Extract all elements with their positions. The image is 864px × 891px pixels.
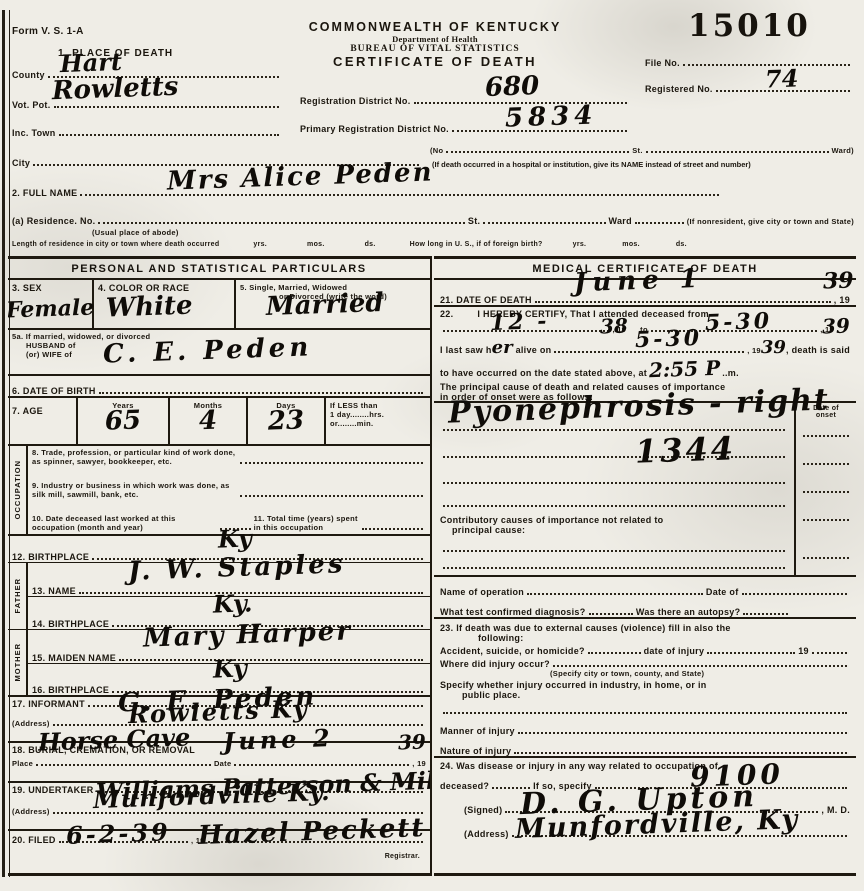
onset-line [800,495,852,523]
residence-st-label: St. [468,216,480,226]
full-name-label: 2. FULL NAME [12,188,77,198]
specify-2: public place. [462,690,850,700]
city-label: City [12,158,30,168]
undertaker-address-label: (Address) [12,807,50,816]
birthplace-label: 12. BIRTHPLACE [12,552,89,562]
date-of-death-row: 21. DATE OF DEATH , 19 June 1 39 [434,280,856,307]
occupation-block: OCCUPATION 8. Trade, profession, or part… [8,446,430,536]
dotted-line [234,764,409,766]
cause-and-contrib-block: Pyonephrosis - right 1344 Contributory c… [434,403,856,577]
undertaker-label: 19. UNDERTAKER [12,785,94,795]
last-saw-2: alive on [516,345,552,355]
precinct-row: Vot. Pot. Rowletts [12,100,282,110]
dotted-line [59,132,279,136]
marital-cell: 5. Single, Married, Widowed or Divorced … [236,280,430,328]
occurred-2: ..m. [722,368,739,378]
last-saw-er: er [492,340,513,356]
personal-title: PERSONAL AND STATISTICAL PARTICULARS [8,259,430,280]
signed-label: (Signed) [464,805,502,815]
occupation-related-block: 24. Was disease or injury in any way rel… [434,758,856,839]
sex-value: Female [8,298,95,321]
dotted-line [443,567,785,569]
form-number: Form V. S. 1-A [12,26,84,37]
dotted-line [443,550,785,552]
less-than-day-cell: If LESS than 1 day........hrs. or.......… [326,398,430,444]
residence-label: (a) Residence. No. [12,216,95,226]
yrs-label: yrs. [253,241,267,248]
file-no-label: File No. [645,58,680,68]
less-label-3: or........min. [330,419,426,428]
sex-race-marital-row: 3. SEX Female 4. COLOR OR RACE White 5. … [8,280,430,330]
precinct-value: Rowletts [52,76,179,104]
occurred-row: to have occurred on the date stated abov… [440,360,850,378]
length-of-residence-row: Length of residence in city or town wher… [12,241,854,248]
registered-no-label: Registered No. [645,84,713,94]
mother-name-value: Mary Harper [143,620,353,651]
date-of-label: Date of [706,587,739,597]
test-label: What test confirmed diagnosis? [440,607,586,617]
mother-name-label: 15. MAIDEN NAME [32,653,116,663]
age-row: 7. AGE Years 65 Months 4 Days 23 If LESS… [8,398,430,446]
nature-of-injury-row: Nature of injury [434,736,856,758]
nonresident-note: (If nonresident, give city or town and S… [687,217,854,226]
burial-date-label: Date [214,759,231,768]
external-causes-block: 23. If death was due to external causes … [434,619,856,736]
industry-row: 9. Industry or business in which work wa… [32,481,426,499]
father-side-label-cell: FATHER [8,563,28,630]
registration-district-label: Registration District No. [300,96,411,106]
dotted-line [240,495,423,497]
last-saw-year: 39 [761,340,786,356]
industry-label: 9. Industry or business in which work wa… [32,481,237,499]
howlong-label: How long in U. S., if of foreign birth? [410,241,543,248]
where-injury-label: Where did injury occur? [440,659,550,669]
ds-label-2: ds. [676,241,687,248]
date-of-injury-label: date of injury [644,646,705,656]
informant-address-value: Rowletts Ky [128,698,309,726]
where-injury-row: Where did injury occur? [440,659,850,669]
contrib-line-1 [440,535,788,554]
dotted-line [527,593,703,595]
father-name-value: J. W. Staples [128,553,346,584]
injury-dotted-line [440,700,850,716]
dotted-line [443,712,847,714]
father-birthplace-label: 14. BIRTHPLACE [32,619,109,629]
dotted-line [443,505,785,507]
registered-no-row: Registered No. 74 [645,84,853,94]
father-birthplace-value: Ky. [213,592,253,615]
dotted-line [803,491,849,493]
age-years-cell: Years 65 [78,398,170,444]
filed-label: 20. FILED [12,835,56,845]
file-no-row: File No. [645,58,853,68]
test-autopsy-row: What test confirmed diagnosis? Was there… [434,597,856,619]
dotted-line [119,659,423,661]
dotted-line [635,220,684,224]
no-st-ward-row: (No St. Ward) [430,146,854,155]
age-months-cell: Months 4 [170,398,248,444]
last-saw-date-value: 5-30 [635,329,703,351]
dotted-line [446,149,629,153]
dotted-line [98,220,465,224]
mos-label: mos. [307,241,325,248]
less-label-2: 1 day........hrs. [330,410,426,419]
dotted-line [514,752,847,754]
mother-side-label: MOTHER [13,643,22,682]
dotted-line [803,435,849,437]
dod-19-label: , 19 [834,295,850,305]
manner-label: Manner of injury [440,726,515,736]
county-value: Hart [60,51,123,75]
mother-birthplace-value: Ky [213,657,247,680]
sex-label: 3. SEX [12,283,88,293]
onset-line [800,467,852,495]
full-name-value: Mrs Alice Peden [167,161,434,194]
header-bureau: BUREAU OF VITAL STATISTICS [280,44,590,54]
burial-date-value: June 2 [223,727,334,752]
occupation-side-label: OCCUPATION [13,460,22,519]
occurred-1: to have occurred on the date stated abov… [440,368,647,378]
precinct-label: Vot. Pot. [12,100,51,110]
yrs-label-2: yrs. [573,241,587,248]
header-certificate-title: CERTIFICATE OF DEATH [280,54,590,69]
dob-row: 6. DATE OF BIRTH [8,376,430,398]
physician-address-row: (Address) Munfordville, Ky [440,829,850,839]
spouse-row: 5a. If married, widowed, or divorced HUS… [8,330,430,376]
attended-from-year: 38 [600,317,628,336]
specify-city-note: (Specify city or town, county, and State… [550,669,850,678]
primary-district-value: 5834 [505,104,598,131]
burial-place-label: Place [12,759,33,768]
operation-row: Name of operation Date of [434,577,856,597]
agency-header: COMMONWEALTH OF KENTUCKY Department of H… [280,20,590,69]
sex-cell: 3. SEX Female [8,280,94,328]
burial-place-date-row: Place Date , 19 Horse Cave June 2 39 [12,759,426,768]
occupation-fields: 8. Trade, profession, or particular kind… [28,446,430,534]
attended-to-year: 39 [822,317,850,336]
date-of-death-label: 21. DATE OF DEATH [440,295,532,305]
registrar-label: Registrar. [385,853,420,860]
informant-label: 17. INFORMANT [12,699,85,709]
filed-date-value: 6-2-39 [66,821,171,846]
dotted-line [803,557,849,559]
dotted-line [646,149,829,153]
attended-to-value: 5-30 [705,312,773,334]
ward-label: Ward) [832,146,854,155]
last-saw-19: , 19 [747,346,761,355]
last-saw-3: , death is said [786,345,850,355]
father-name-label: 13. NAME [32,586,76,596]
medical-column: MEDICAL CERTIFICATE OF DEATH 21. DATE OF… [434,256,856,876]
filed-row: 20. FILED , 19 6-2-39 Hazel Peckett [12,835,426,845]
primary-district-row: Primary Registration District No. 5834 [300,124,630,134]
father-block: FATHER 13. NAME J. W. Staples 14. BIRTHP… [8,563,430,630]
total-time-label: 11. Total time (years) spent in this occ… [254,514,359,532]
autopsy-label: Was there an autopsy? [636,607,741,617]
race-cell: 4. COLOR OR RACE White [94,280,236,328]
certify-no: 22. [440,309,453,319]
race-value: White [106,294,193,320]
spouse-value: C. E. Peden [103,336,313,367]
st-label: St. [632,146,642,155]
onset-line [800,523,852,561]
primary-district-label: Primary Registration District No. [300,124,449,134]
dotted-line [589,613,633,615]
date-of-death-value: June 1 [574,268,705,296]
dotted-line [240,462,423,464]
age-days-value: 23 [252,409,321,435]
cause-line-1: Pyonephrosis - right [440,407,788,433]
county-label: County [12,70,45,80]
length-label: Length of residence in city or town wher… [12,241,219,248]
burial-place-value: Horse Cave [38,726,191,753]
dotted-line [803,519,849,521]
nature-label: Nature of injury [440,746,511,756]
dotted-line [803,463,849,465]
onset-line [800,419,852,439]
filed-block: 20. FILED , 19 6-2-39 Hazel Peckett Regi… [8,831,430,869]
undertaker-address-value: Munfordville Ky. [93,781,331,811]
specify-1: Specify whether injury occurred in indus… [440,680,850,690]
death-certificate-scan: Form V. S. 1-A 15010 COMMONWEALTH OF KEN… [0,0,864,891]
dotted-line [99,392,423,394]
physician-address-label: (Address) [464,829,509,839]
dotted-line [443,482,785,484]
operation-label: Name of operation [440,587,524,597]
accident-row: Accident, suicide, or homicide? date of … [440,646,850,656]
inc-town-row: Inc. Town [12,128,282,138]
accident-label: Accident, suicide, or homicide? [440,646,585,656]
ds-label: ds. [365,241,376,248]
deceased-label: deceased? [440,781,489,791]
birthplace-value: Ky [218,527,252,550]
registered-no-value: 74 [765,67,799,90]
trade-label: 8. Trade, profession, or particular kind… [32,448,237,466]
occupation-side-label-cell: OCCUPATION [8,446,28,534]
last-worked-label: 10. Date deceased last worked at this oc… [32,514,217,532]
dotted-line [553,665,847,667]
onset-line [800,439,852,467]
dotted-line [362,528,423,530]
full-name-row: 2. FULL NAME Mrs Alice Peden [12,188,722,198]
last-saw-row: I last saw h er alive on , 19 39 , death… [440,340,850,356]
certificate-number-stamp: 15010 [688,8,811,44]
cause-line-3: 1344 [440,460,788,486]
cause-main: Pyonephrosis - right 1344 Contributory c… [434,403,794,575]
md-label: , M. D. [821,805,850,815]
mother-birthplace-label: 16. BIRTHPLACE [32,685,109,695]
dotted-line [742,593,847,595]
cause-code-value: 1344 [635,434,737,466]
external-1: 23. If death was due to external causes … [440,623,850,633]
registration-district-value: 680 [485,75,540,100]
registrar-name-value: Hazel Peckett [198,817,426,848]
residence-row: (a) Residence. No. St. Ward (If nonresid… [12,216,854,226]
cause-line-4 [440,486,788,509]
dotted-line [483,220,605,224]
header-department: Department of Health [280,34,590,44]
header-commonwealth: COMMONWEALTH OF KENTUCKY [280,20,590,34]
personal-column: PERSONAL AND STATISTICAL PARTICULARS 3. … [8,256,432,876]
age-cell: 7. AGE [8,398,78,444]
external-2: following: [478,633,850,643]
dotted-line [36,764,211,766]
trade-row: 8. Trade, profession, or particular kind… [32,448,426,466]
marital-value: Married [266,292,384,319]
contrib-2: principal cause: [452,525,788,535]
dotted-line [812,652,847,654]
dod-year-value: 39 [823,271,854,292]
time-value: 2:55 P [649,359,721,379]
burial-year-value: 39 [398,733,426,752]
residence-ward-label: Ward [609,216,632,226]
dotted-line [588,652,641,654]
injury-19-label: 19 [798,646,809,656]
contrib-line-2 [440,554,788,571]
attended-from-value: 12 - [490,312,550,334]
dotted-line [743,613,787,615]
age-label: 7. AGE [12,406,43,416]
manner-of-injury-row: Manner of injury [440,716,850,736]
last-saw-1: I last saw h [440,345,492,355]
dob-label: 6. DATE OF BIRTH [12,386,96,396]
mother-side-label-cell: MOTHER [8,630,28,697]
mos-label-2: mos. [622,241,640,248]
less-label-1: If LESS than [330,401,426,410]
date-of-onset-column: Date of onset [794,403,856,575]
hospital-note: (If death occurred in a hospital or inst… [432,160,856,169]
physician-address-value: Munfordville, Ky [515,808,800,842]
dotted-line [518,732,847,734]
age-years-value: 65 [82,409,165,435]
dotted-line [535,301,831,303]
dotted-line [707,652,795,654]
inc-town-label: Inc. Town [12,128,56,138]
age-days-cell: Days 23 [248,398,326,444]
no-label: (No [430,146,443,155]
father-side-label: FATHER [13,578,22,613]
abode-note: (Usual place of abode) [92,228,179,237]
contrib-1: Contributory causes of importance not re… [440,515,788,525]
related-1: 24. Was disease or injury in any way rel… [440,761,850,771]
age-months-value: 4 [174,409,243,435]
